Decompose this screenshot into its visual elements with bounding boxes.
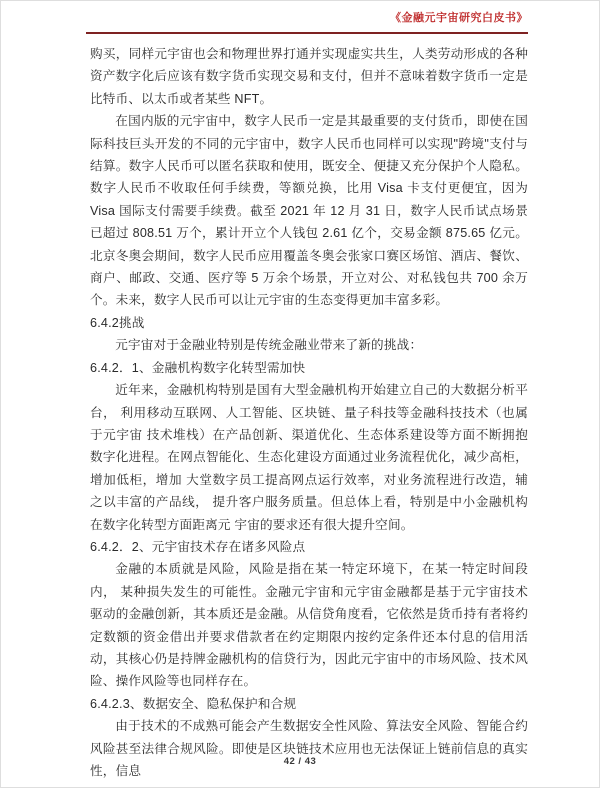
page-number: 42 / 43: [284, 756, 317, 767]
body-paragraph: 近年来，金融机构特别是国有大型金融机构开始建立自己的大数据分析平台， 利用移动互…: [90, 379, 528, 536]
document-body: 购买，同样元宇宙也会和物理世界打通并实现虚实共生，人类劳动形成的各种资产数字化后…: [90, 43, 528, 782]
document-page: { "header": { "title": "《金融元宇宙研究白皮书》" },…: [0, 0, 600, 788]
body-paragraph: 元宇宙对于金融业特别是传统金融业带来了新的挑战：: [90, 334, 528, 356]
body-paragraph: 在国内版的元宇宙中，数字人民币一定是其最重要的支付货币，即使在国际科技巨头开发的…: [90, 110, 528, 312]
body-paragraph: 由于技术的不成熟可能会产生数据安全性风险、算法安全风险、智能合约风险甚至法律合规…: [90, 715, 528, 782]
section-heading: 6.4.2.3、数据安全、隐私保护和合规: [90, 693, 528, 715]
page-footer: 42 / 43: [1, 751, 599, 769]
body-paragraph: 购买，同样元宇宙也会和物理世界打通并实现虚实共生，人类劳动形成的各种资产数字化后…: [90, 43, 528, 110]
section-heading: 6.4.2．1、金融机构数字化转型需加快: [90, 357, 528, 379]
body-paragraph: 金融的本质就是风险，风险是指在某一特定环境下，在某一特定时间段内， 某种损失发生…: [90, 558, 528, 692]
page-header: 《金融元宇宙研究白皮书》: [86, 1, 528, 34]
section-heading: 6.4.2挑战: [90, 312, 528, 334]
page-header-title: 《金融元宇宙研究白皮书》: [390, 12, 528, 24]
section-heading: 6.4.2．2、元宇宙技术存在诸多风险点: [90, 536, 528, 558]
